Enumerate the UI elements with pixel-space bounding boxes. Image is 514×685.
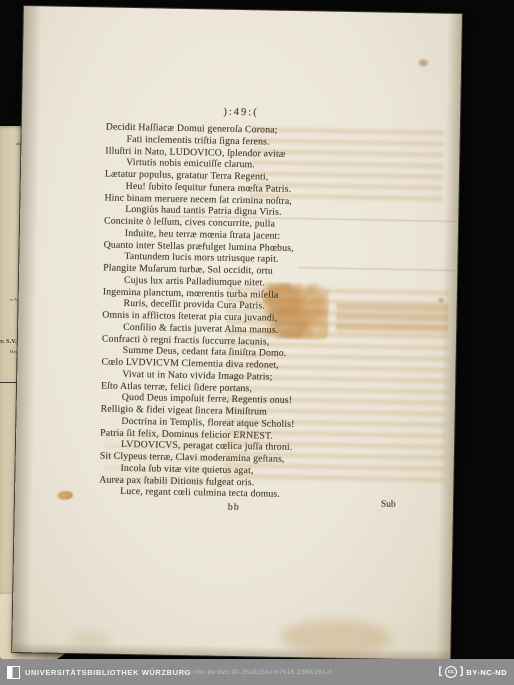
page-number: ):49:( — [22, 103, 460, 122]
license-badge: [ cc ] BY-NC-ND — [439, 666, 514, 678]
bracket-right: ] — [460, 667, 463, 677]
paper-fleck — [439, 298, 444, 303]
creative-commons-icon: cc — [445, 666, 457, 678]
catchword: Sub — [381, 500, 396, 510]
urn-identifier: urn:nbn:de:bvb:20-35a315/srm7616 2389/16… — [182, 669, 333, 676]
poem-body: Decidit Haſſiacæ Domui generoſa Corona;F… — [99, 122, 406, 503]
library-logo-icon — [7, 666, 20, 679]
bracket-left: [ — [439, 667, 442, 677]
library-name: UNIVERSITÄTSBIBLIOTHEK WÜRZBURG — [25, 668, 191, 677]
library-branding: UNIVERSITÄTSBIBLIOTHEK WÜRZBURG — [0, 666, 191, 679]
digitized-book-viewer: alge c d, n, er Ajax lichter. S.V.D. Mag… — [0, 0, 514, 685]
viewer-footer-bar: UNIVERSITÄTSBIBLIOTHEK WÜRZBURG urn:nbn:… — [0, 659, 514, 685]
license-label: BY-NC-ND — [466, 668, 507, 677]
paper-fleck — [419, 59, 428, 66]
scanned-page: ):49:( Decidit Haſſiacæ Domui generoſa C… — [12, 6, 462, 660]
